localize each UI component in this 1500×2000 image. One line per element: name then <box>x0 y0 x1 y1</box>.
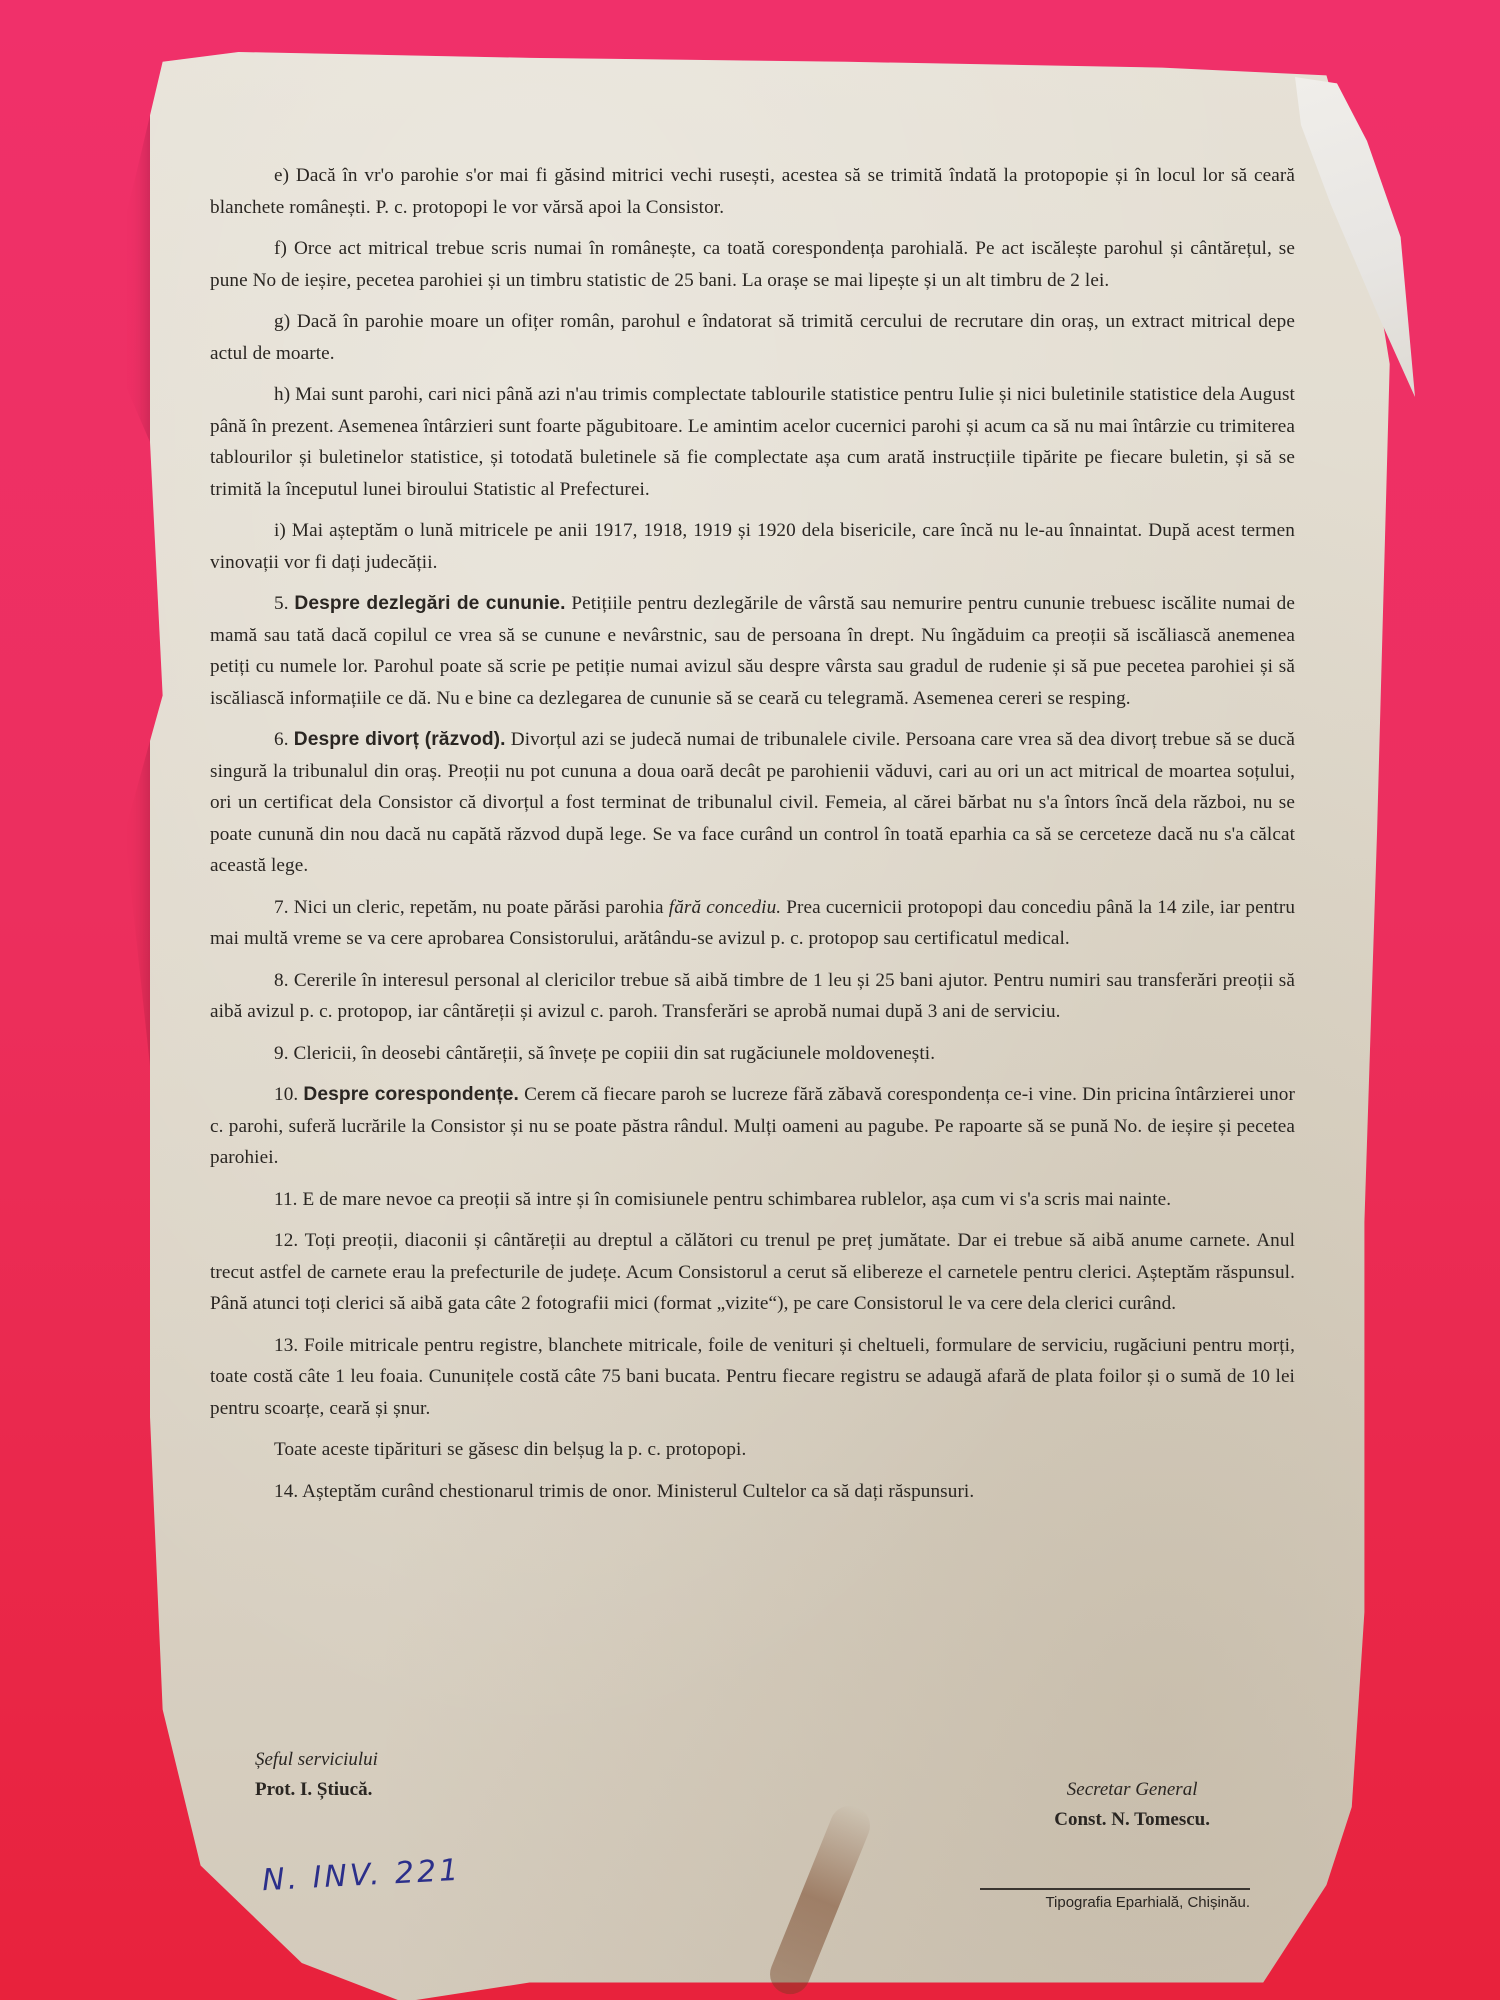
signature-block: Șeful serviciului Prot. I. Știucă. Secre… <box>230 1745 1250 1865</box>
section-12: 12. Toți preoții, diaconii și cântăreții… <box>210 1225 1295 1320</box>
emphasis: fără concediu. <box>669 897 781 918</box>
section-14: 14. Așteptăm curând chestionarul trimis … <box>210 1476 1295 1508</box>
section-heading: Despre corespondențe. <box>303 1084 519 1105</box>
section-5: 5. Despre dezlegări de cununie. Petițiil… <box>210 588 1295 714</box>
section-9: 9. Clericii, în deosebi cântăreții, să î… <box>210 1038 1295 1070</box>
printer-imprint: Tipografia Eparhială, Chișinău. <box>980 1888 1250 1911</box>
section-6: 6. Despre divorț (răzvod). Divorțul azi … <box>210 724 1295 882</box>
paragraph-f: f) Orce act mitrical trebue scris numai … <box>210 233 1295 296</box>
paragraph-i: i) Mai așteptăm o lună mitricele pe anii… <box>210 515 1295 578</box>
signature-left: Șeful serviciului Prot. I. Știucă. <box>255 1745 378 1805</box>
section-13: 13. Foile mitricale pentru registre, bla… <box>210 1330 1295 1425</box>
signature-name: Prot. I. Știucă. <box>255 1775 378 1805</box>
section-10: 10. Despre corespondențe. Cerem că fieca… <box>210 1079 1295 1174</box>
document-body: e) Dacă în vr'o parohie s'or mai fi găsi… <box>210 160 1295 1517</box>
signature-name: Const. N. Tomescu. <box>1054 1805 1210 1835</box>
signature-role: Șeful serviciului <box>255 1745 378 1775</box>
paragraph-g: g) Dacă în parohie moare un ofițer român… <box>210 306 1295 369</box>
section-8: 8. Cererile în interesul personal al cle… <box>210 965 1295 1028</box>
section-13-note: Toate aceste tipărituri se găsesc din be… <box>210 1434 1295 1466</box>
paragraph-h: h) Mai sunt parohi, cari nici până azi n… <box>210 379 1295 505</box>
section-heading: Despre dezlegări de cununie. <box>294 593 565 614</box>
signature-role: Secretar General <box>1054 1775 1210 1805</box>
section-7: 7. Nici un cleric, repetăm, nu poate păr… <box>210 892 1295 955</box>
paragraph-e: e) Dacă în vr'o parohie s'or mai fi găsi… <box>210 160 1295 223</box>
section-11: 11. E de mare nevoe ca preoții să intre … <box>210 1184 1295 1216</box>
section-heading: Despre divorț (răzvod). <box>294 729 506 750</box>
signature-right: Secretar General Const. N. Tomescu. <box>1054 1775 1210 1835</box>
